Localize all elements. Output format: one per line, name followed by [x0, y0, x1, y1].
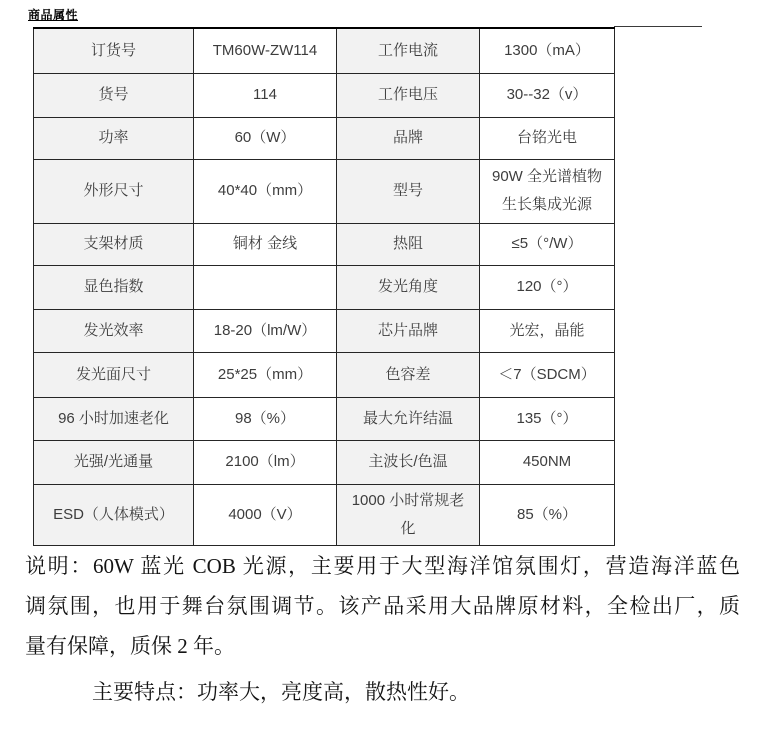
- spec-label-cell: 品牌: [337, 117, 480, 159]
- spec-value-cell: ≤5（°/W）: [480, 223, 615, 265]
- spec-label-cell: 芯片品牌: [337, 309, 480, 352]
- spec-value-cell: 30--32（v）: [480, 73, 615, 117]
- spec-label-cell: 主波长/色温: [337, 440, 480, 484]
- spec-label-cell: 1000 小时常规老 化: [337, 484, 480, 545]
- spec-value-cell: 光宏，晶能: [480, 309, 615, 352]
- spec-value-cell: 135（°）: [480, 397, 615, 440]
- spec-value-cell: 台铭光电: [480, 117, 615, 159]
- table-row: 货号 114 工作电压 30--32（v）: [34, 73, 615, 117]
- table-row: 光强/光通量 2100（lm） 主波长/色温 450NM: [34, 440, 615, 484]
- product-attributes-table: 订货号 TM60W-ZW114 工作电流 1300（mA） 货号 114 工作电…: [33, 27, 615, 546]
- spec-label-cell: 功率: [34, 117, 194, 159]
- spec-label-cell: 工作电流: [337, 28, 480, 73]
- description-line: 量有保障，质保 2 年。: [25, 626, 740, 666]
- spec-value-cell: ＜7（SDCM）: [480, 352, 615, 397]
- spec-label-cell: 支架材质: [34, 223, 194, 265]
- spec-label-cell: 光强/光通量: [34, 440, 194, 484]
- spec-label-cell: 发光效率: [34, 309, 194, 352]
- table-row: 订货号 TM60W-ZW114 工作电流 1300（mA）: [34, 28, 615, 73]
- spec-label-cell: 货号: [34, 73, 194, 117]
- spec-value-cell: 60（W）: [194, 117, 337, 159]
- spec-value-cell: 40*40（mm）: [194, 159, 337, 223]
- table-row: 外形尺寸 40*40（mm） 型号 90W 全光谱植物 生长集成光源: [34, 159, 615, 223]
- spec-value-cell: 120（°）: [480, 265, 615, 309]
- table-row: 96 小时加速老化 98（%） 最大允许结温 135（°）: [34, 397, 615, 440]
- spec-value-cell: TM60W-ZW114: [194, 28, 337, 73]
- table-row: 显色指数 发光角度 120（°）: [34, 265, 615, 309]
- spec-value-cell: 1300（mA）: [480, 28, 615, 73]
- description-line: 说明：60W 蓝光 COB 光源，主要用于大型海洋馆氛围灯，营造海洋蓝色: [25, 546, 740, 586]
- table-row: 发光面尺寸 25*25（mm） 色容差 ＜7（SDCM）: [34, 352, 615, 397]
- spec-value-cell: 2100（lm）: [194, 440, 337, 484]
- table-top-border-extension: [614, 26, 702, 27]
- spec-value-cell: 450NM: [480, 440, 615, 484]
- spec-label-cell: 型号: [337, 159, 480, 223]
- spec-value-cell: 4000（V）: [194, 484, 337, 545]
- spec-label-cell: 外形尺寸: [34, 159, 194, 223]
- spec-label-cell: 96 小时加速老化: [34, 397, 194, 440]
- spec-label-cell: ESD（人体模式）: [34, 484, 194, 545]
- spec-label-cell: 发光角度: [337, 265, 480, 309]
- spec-value-cell: 98（%）: [194, 397, 337, 440]
- spec-value-cell: 25*25（mm）: [194, 352, 337, 397]
- spec-value-cell: 85（%）: [480, 484, 615, 545]
- table-row: 支架材质 铜材 金线 热阻 ≤5（°/W）: [34, 223, 615, 265]
- product-description: 说明：60W 蓝光 COB 光源，主要用于大型海洋馆氛围灯，营造海洋蓝色 调氛围…: [25, 546, 740, 666]
- spec-value-cell: 114: [194, 73, 337, 117]
- spec-label-cell: 色容差: [337, 352, 480, 397]
- spec-value-cell: [194, 265, 337, 309]
- spec-label-cell: 工作电压: [337, 73, 480, 117]
- spec-value-cell: 18-20（lm/W）: [194, 309, 337, 352]
- table-row: ESD（人体模式） 4000（V） 1000 小时常规老 化 85（%）: [34, 484, 615, 545]
- description-line: 调氛围，也用于舞台氛围调节。该产品采用大品牌原材料，全检出厂，质: [25, 586, 740, 626]
- spec-value-cell: 90W 全光谱植物 生长集成光源: [480, 159, 615, 223]
- spec-label-cell: 热阻: [337, 223, 480, 265]
- spec-label-cell: 订货号: [34, 28, 194, 73]
- spec-label-cell: 显色指数: [34, 265, 194, 309]
- table-row: 发光效率 18-20（lm/W） 芯片品牌 光宏，晶能: [34, 309, 615, 352]
- product-features-line: 主要特点：功率大，亮度高，散热性好。: [25, 672, 740, 712]
- table-row: 功率 60（W） 品牌 台铭光电: [34, 117, 615, 159]
- spec-value-cell: 铜材 金线: [194, 223, 337, 265]
- spec-label-cell: 最大允许结温: [337, 397, 480, 440]
- spec-label-cell: 发光面尺寸: [34, 352, 194, 397]
- section-title: 商品属性: [28, 6, 78, 23]
